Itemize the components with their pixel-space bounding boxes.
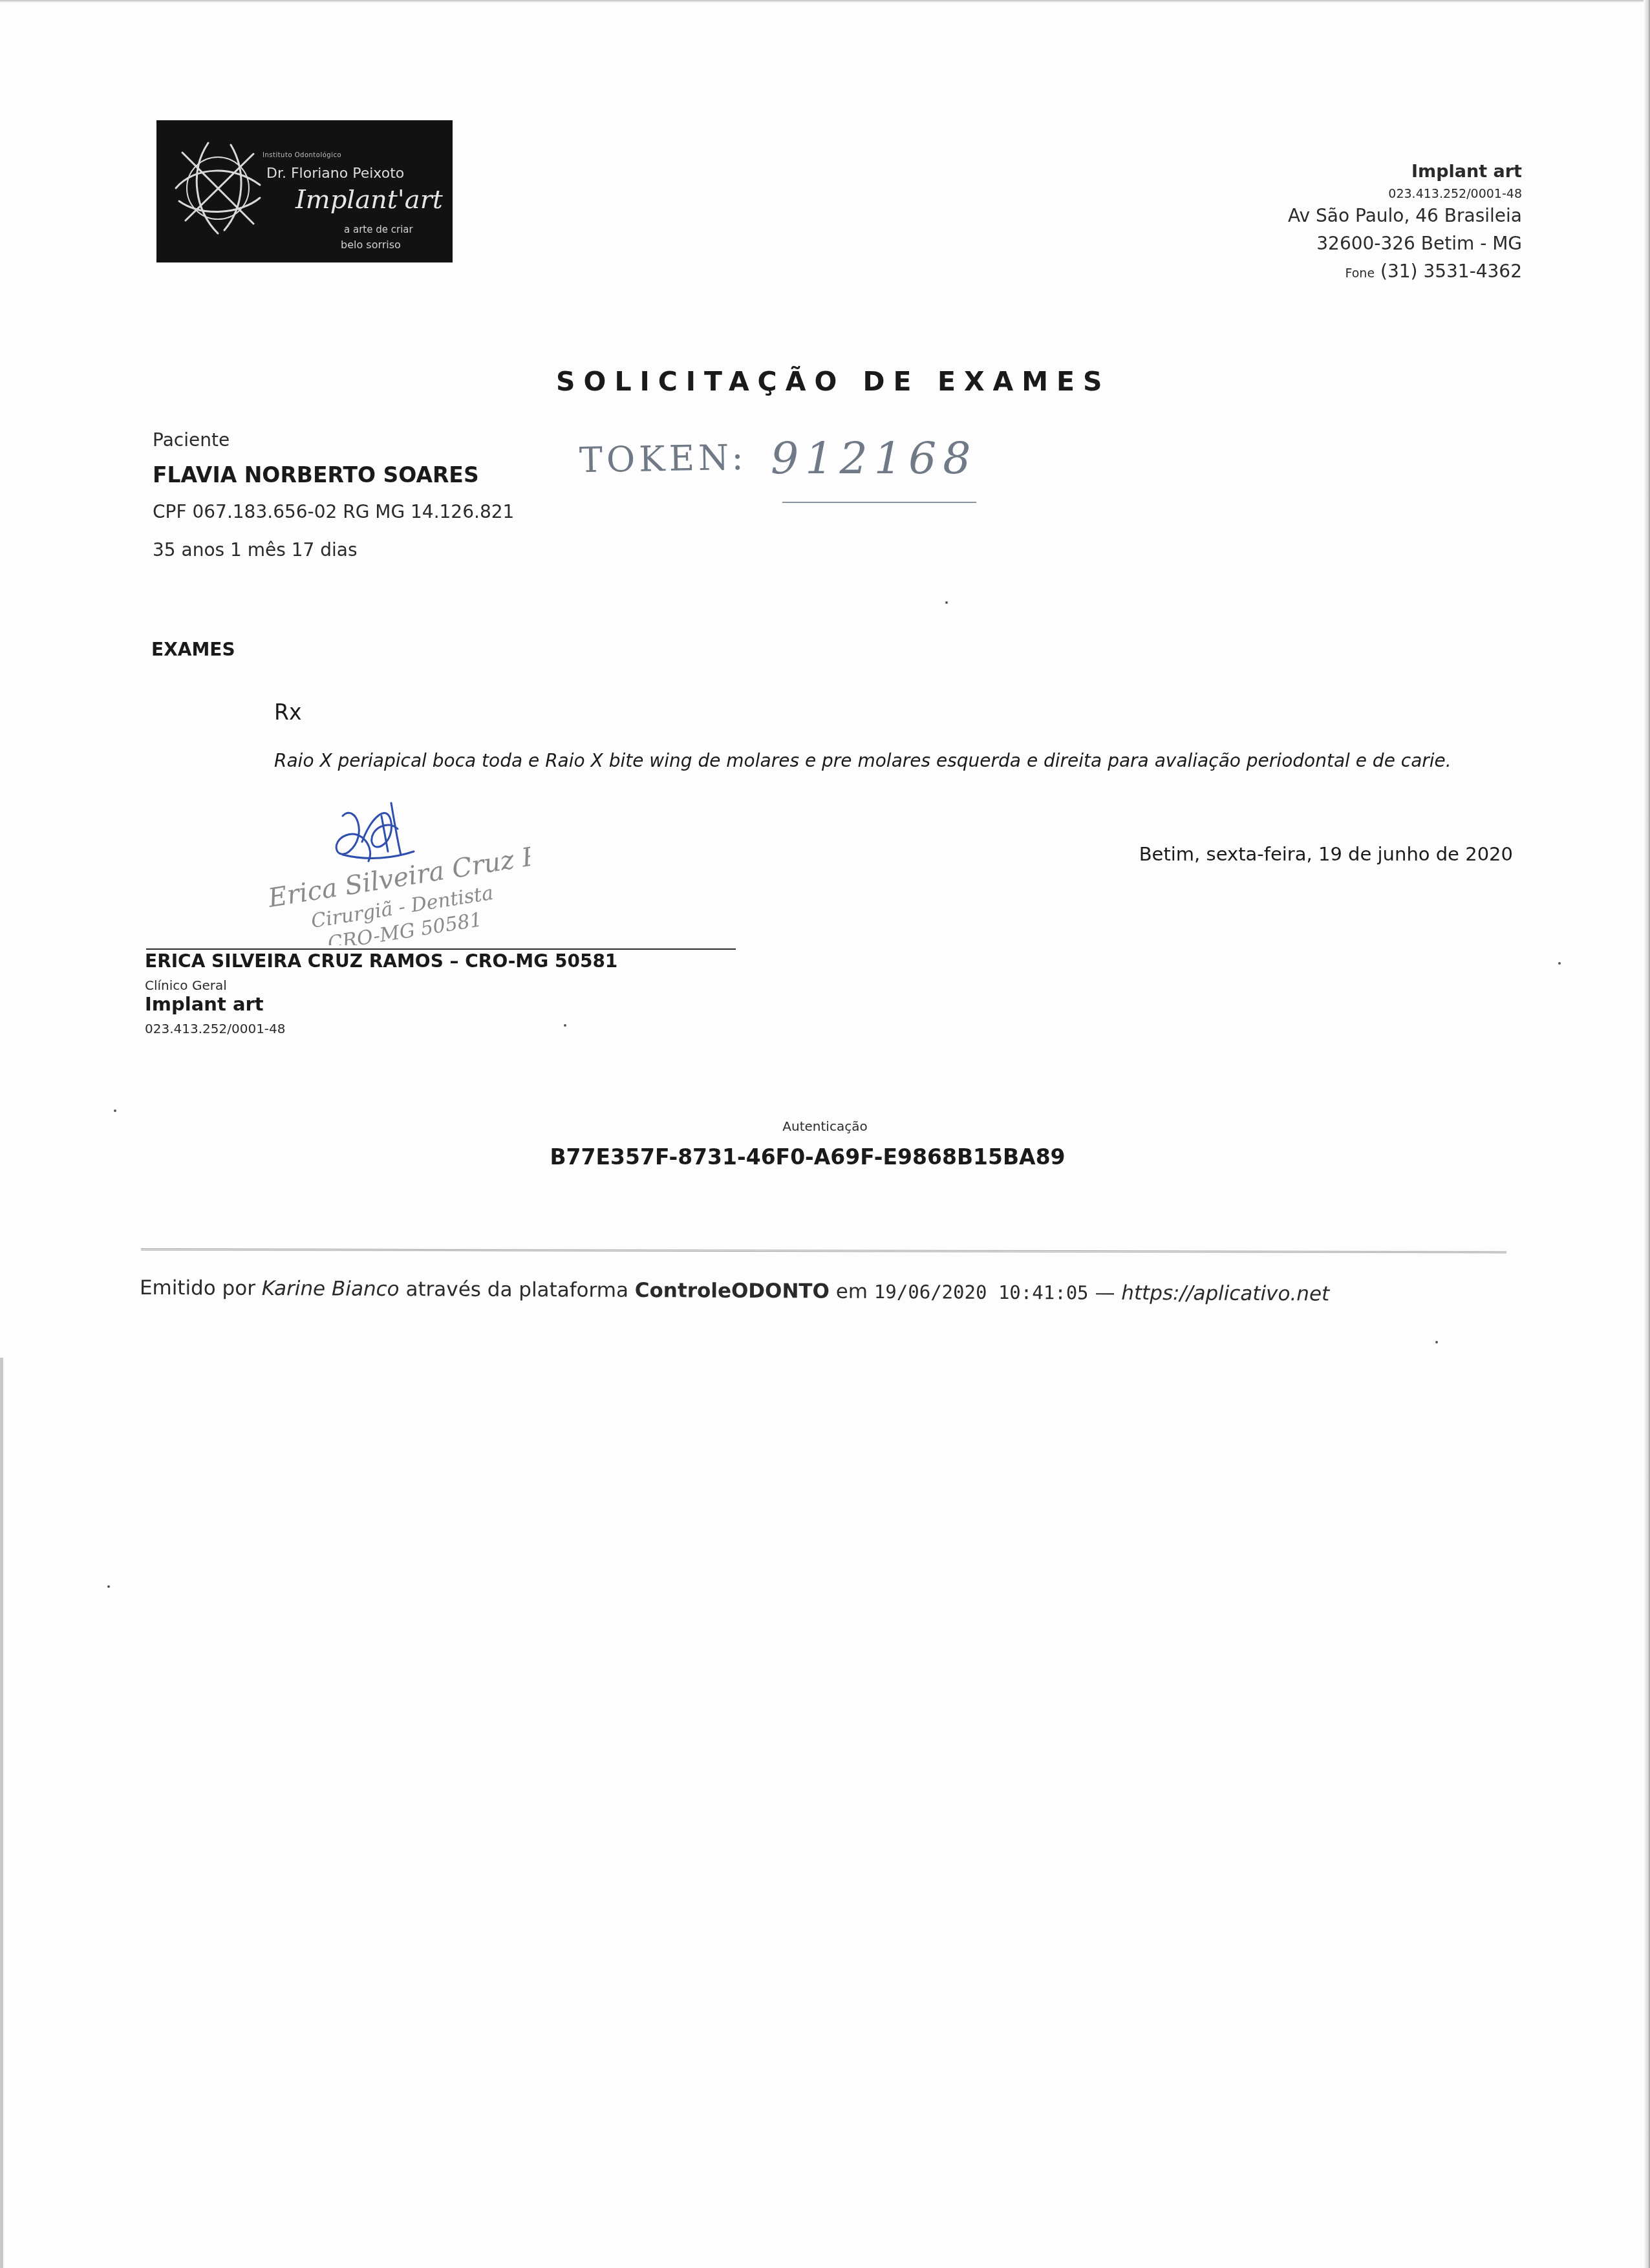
clinic-logo: Instituto Odontológico Dr. Floriano Peix…	[156, 120, 453, 262]
clinic-phone-number: (31) 3531-4362	[1380, 261, 1522, 282]
footer-date-prefix: em	[830, 1280, 874, 1303]
token-label: TOKEN:	[579, 437, 747, 481]
patient-age: 35 anos 1 mês 17 dias	[153, 539, 358, 561]
dentist-stamp: Erica Silveira Cruz Ramos Cirurgiã - Den…	[259, 790, 530, 945]
logo-doctor-text: Dr. Floriano Peixoto	[266, 166, 404, 182]
logo-tagline: a arte de criar	[344, 224, 413, 235]
clinic-phone-label: Fone	[1345, 266, 1375, 281]
signature-icon: Erica Silveira Cruz Ramos Cirurgiã - Den…	[259, 790, 530, 945]
footer-divider	[141, 1248, 1506, 1253]
signatory-name: ERICA SILVEIRA CRUZ RAMOS – CRO-MG 50581	[145, 950, 617, 972]
footer-timestamp: 19/06/2020 10:41:05	[874, 1281, 1089, 1304]
logo-tagline: belo sorriso	[341, 239, 401, 251]
scan-edge-right	[1644, 0, 1650, 2268]
authentication-code: B77E357F-8731-46F0-A69F-E9868B15BA89	[0, 1144, 1650, 1170]
signatory-cnpj: 023.413.252/0001-48	[145, 1021, 286, 1036]
token-underline	[782, 502, 976, 503]
clinic-address: Av São Paulo, 46 Brasileia	[1288, 205, 1522, 226]
scan-speck	[1435, 1341, 1438, 1343]
exams-heading: EXAMES	[151, 639, 235, 660]
token-value: 912168	[771, 433, 978, 484]
logo-swirl-icon	[169, 140, 266, 237]
scan-speck	[1558, 962, 1561, 965]
clinic-phone: Fone (31) 3531-4362	[1288, 261, 1522, 282]
footer-url[interactable]: https://aplicativo.net	[1121, 1281, 1329, 1306]
scan-speck	[564, 1024, 566, 1027]
scan-speck	[114, 1109, 116, 1112]
exam-description: Raio X periapical boca toda e Raio X bit…	[274, 750, 1452, 771]
patient-name: FLAVIA NORBERTO SOARES	[153, 462, 479, 487]
scan-speck	[107, 1585, 110, 1588]
signature-line	[146, 948, 736, 950]
authentication-label: Autenticação	[0, 1118, 1650, 1134]
logo-brand-text: Implant'art	[295, 185, 443, 215]
scan-speck	[945, 601, 948, 604]
footer-separator: —	[1089, 1281, 1122, 1305]
footer-prefix: Emitido por	[140, 1276, 262, 1300]
clinic-city: 32600-326 Betim - MG	[1288, 233, 1522, 254]
exam-type: Rx	[274, 700, 301, 725]
signatory-role: Clínico Geral	[145, 978, 227, 993]
clinic-name: Implant art	[1288, 162, 1522, 182]
patient-documents: CPF 067.183.656-02 RG MG 14.126.821	[153, 501, 514, 522]
signatory-clinic: Implant art	[145, 993, 264, 1015]
footer-middle: através da plataforma	[399, 1278, 634, 1302]
clinic-header: Implant art 023.413.252/0001-48 Av São P…	[1288, 162, 1522, 282]
place-date: Betim, sexta-feira, 19 de junho de 2020	[1139, 843, 1513, 865]
patient-label: Paciente	[153, 429, 230, 451]
clinic-cnpj: 023.413.252/0001-48	[1288, 187, 1522, 201]
footer-issued-by: Emitido por Karine Bianco através da pla…	[140, 1276, 1329, 1306]
logo-institute-text: Instituto Odontológico	[262, 152, 341, 159]
footer-platform: ControleODONTO	[635, 1279, 830, 1303]
footer-author: Karine Bianco	[262, 1277, 400, 1301]
scan-edge-top	[0, 0, 1650, 3]
document-title: SOLICITAÇÃO DE EXAMES	[556, 366, 1111, 397]
scan-edge-left	[0, 1358, 3, 2268]
